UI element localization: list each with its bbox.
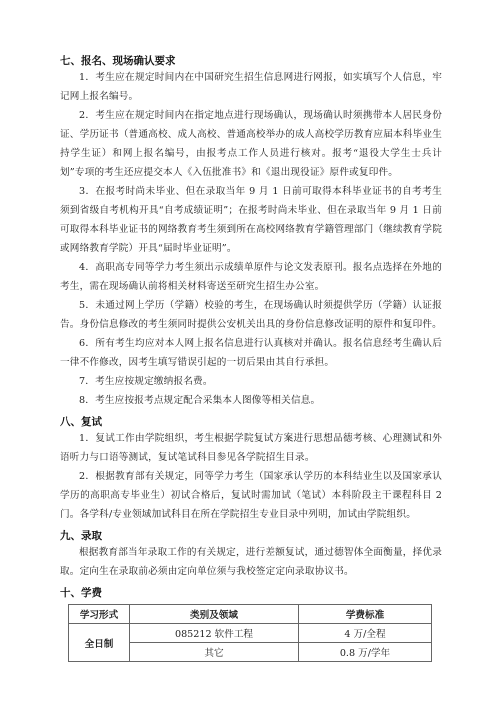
section-admission: 九、录取 根据教育部当年录取工作的有关规定，进行差额复试，通过德智体全面衡量，择… <box>60 529 442 581</box>
paragraph: 7．考生应按规定缴纳报名费。 <box>60 372 442 391</box>
section-registration: 七、报名、现场确认要求 1．考生应在规定时间内在中国研究生招生信息网进行网报，如… <box>60 54 442 410</box>
document-page: 七、报名、现场确认要求 1．考生应在规定时间内在中国研究生招生信息网进行网报，如… <box>60 54 442 667</box>
paragraph: 1．复试工作由学院组织，考生根据学院复试方案进行思想品德考核、心理测试和外语听力… <box>60 429 442 467</box>
column-header: 学费标准 <box>299 605 432 624</box>
table-row: 全日制 085212 软件工程 4 万/全程 <box>69 624 432 643</box>
paragraph: 5．未通过网上学历（学籍）校验的考生，在现场确认时须提供学历（学籍）认证报告。身… <box>60 296 442 334</box>
table-header-row: 学习形式 类别及领域 学费标准 <box>69 605 432 624</box>
paragraph: 2．考生应在规定时间内在指定地点进行现场确认，现场确认时须携带本人居民身份证、学… <box>60 106 442 182</box>
paragraph: 4．高职高专同等学力考生须出示成绩单原件与论文发表原刊。报名点选择在外地的考生，… <box>60 258 442 296</box>
column-header: 类别及领域 <box>130 605 299 624</box>
paragraph: 1．考生应在规定时间内在中国研究生招生信息网进行网报，如实填写个人信息，牢记网上… <box>60 68 442 106</box>
paragraph: 2．根据教育部有关规定，同等学力考生（国家承认学历的本科结业生以及国家承认学历的… <box>60 467 442 524</box>
paragraph: 3．在报考时尚未毕业、但在录取当年 9 月 1 日前可取得本科毕业证书的自考考生… <box>60 182 442 258</box>
paragraph: 6．所有考生均应对本人网上报名信息进行认真核对并确认。报名信息经考生确认后一律不… <box>60 334 442 372</box>
category-cell: 其它 <box>130 643 299 662</box>
category-cell: 085212 软件工程 <box>130 624 299 643</box>
section-tuition: 十、学费 学习形式 类别及领域 学费标准 全日制 085212 软件工程 4 万… <box>60 586 442 662</box>
section-heading: 八、复试 <box>60 415 442 429</box>
column-header: 学习形式 <box>69 605 130 624</box>
paragraph: 根据教育部当年录取工作的有关规定，进行差额复试，通过德智体全面衡量，择优录取。定… <box>60 543 442 581</box>
section-heading: 十、学费 <box>60 586 442 600</box>
section-heading: 七、报名、现场确认要求 <box>60 54 442 68</box>
paragraph: 8．考生应按报考点规定配合采集本人图像等相关信息。 <box>60 391 442 410</box>
tuition-table: 学习形式 类别及领域 学费标准 全日制 085212 软件工程 4 万/全程 其… <box>68 604 432 662</box>
fee-cell: 0.8 万/学年 <box>299 643 432 662</box>
section-reexam: 八、复试 1．复试工作由学院组织，考生根据学院复试方案进行思想品德考核、心理测试… <box>60 415 442 524</box>
section-heading: 九、录取 <box>60 529 442 543</box>
study-mode-cell: 全日制 <box>69 624 130 662</box>
fee-cell: 4 万/全程 <box>299 624 432 643</box>
